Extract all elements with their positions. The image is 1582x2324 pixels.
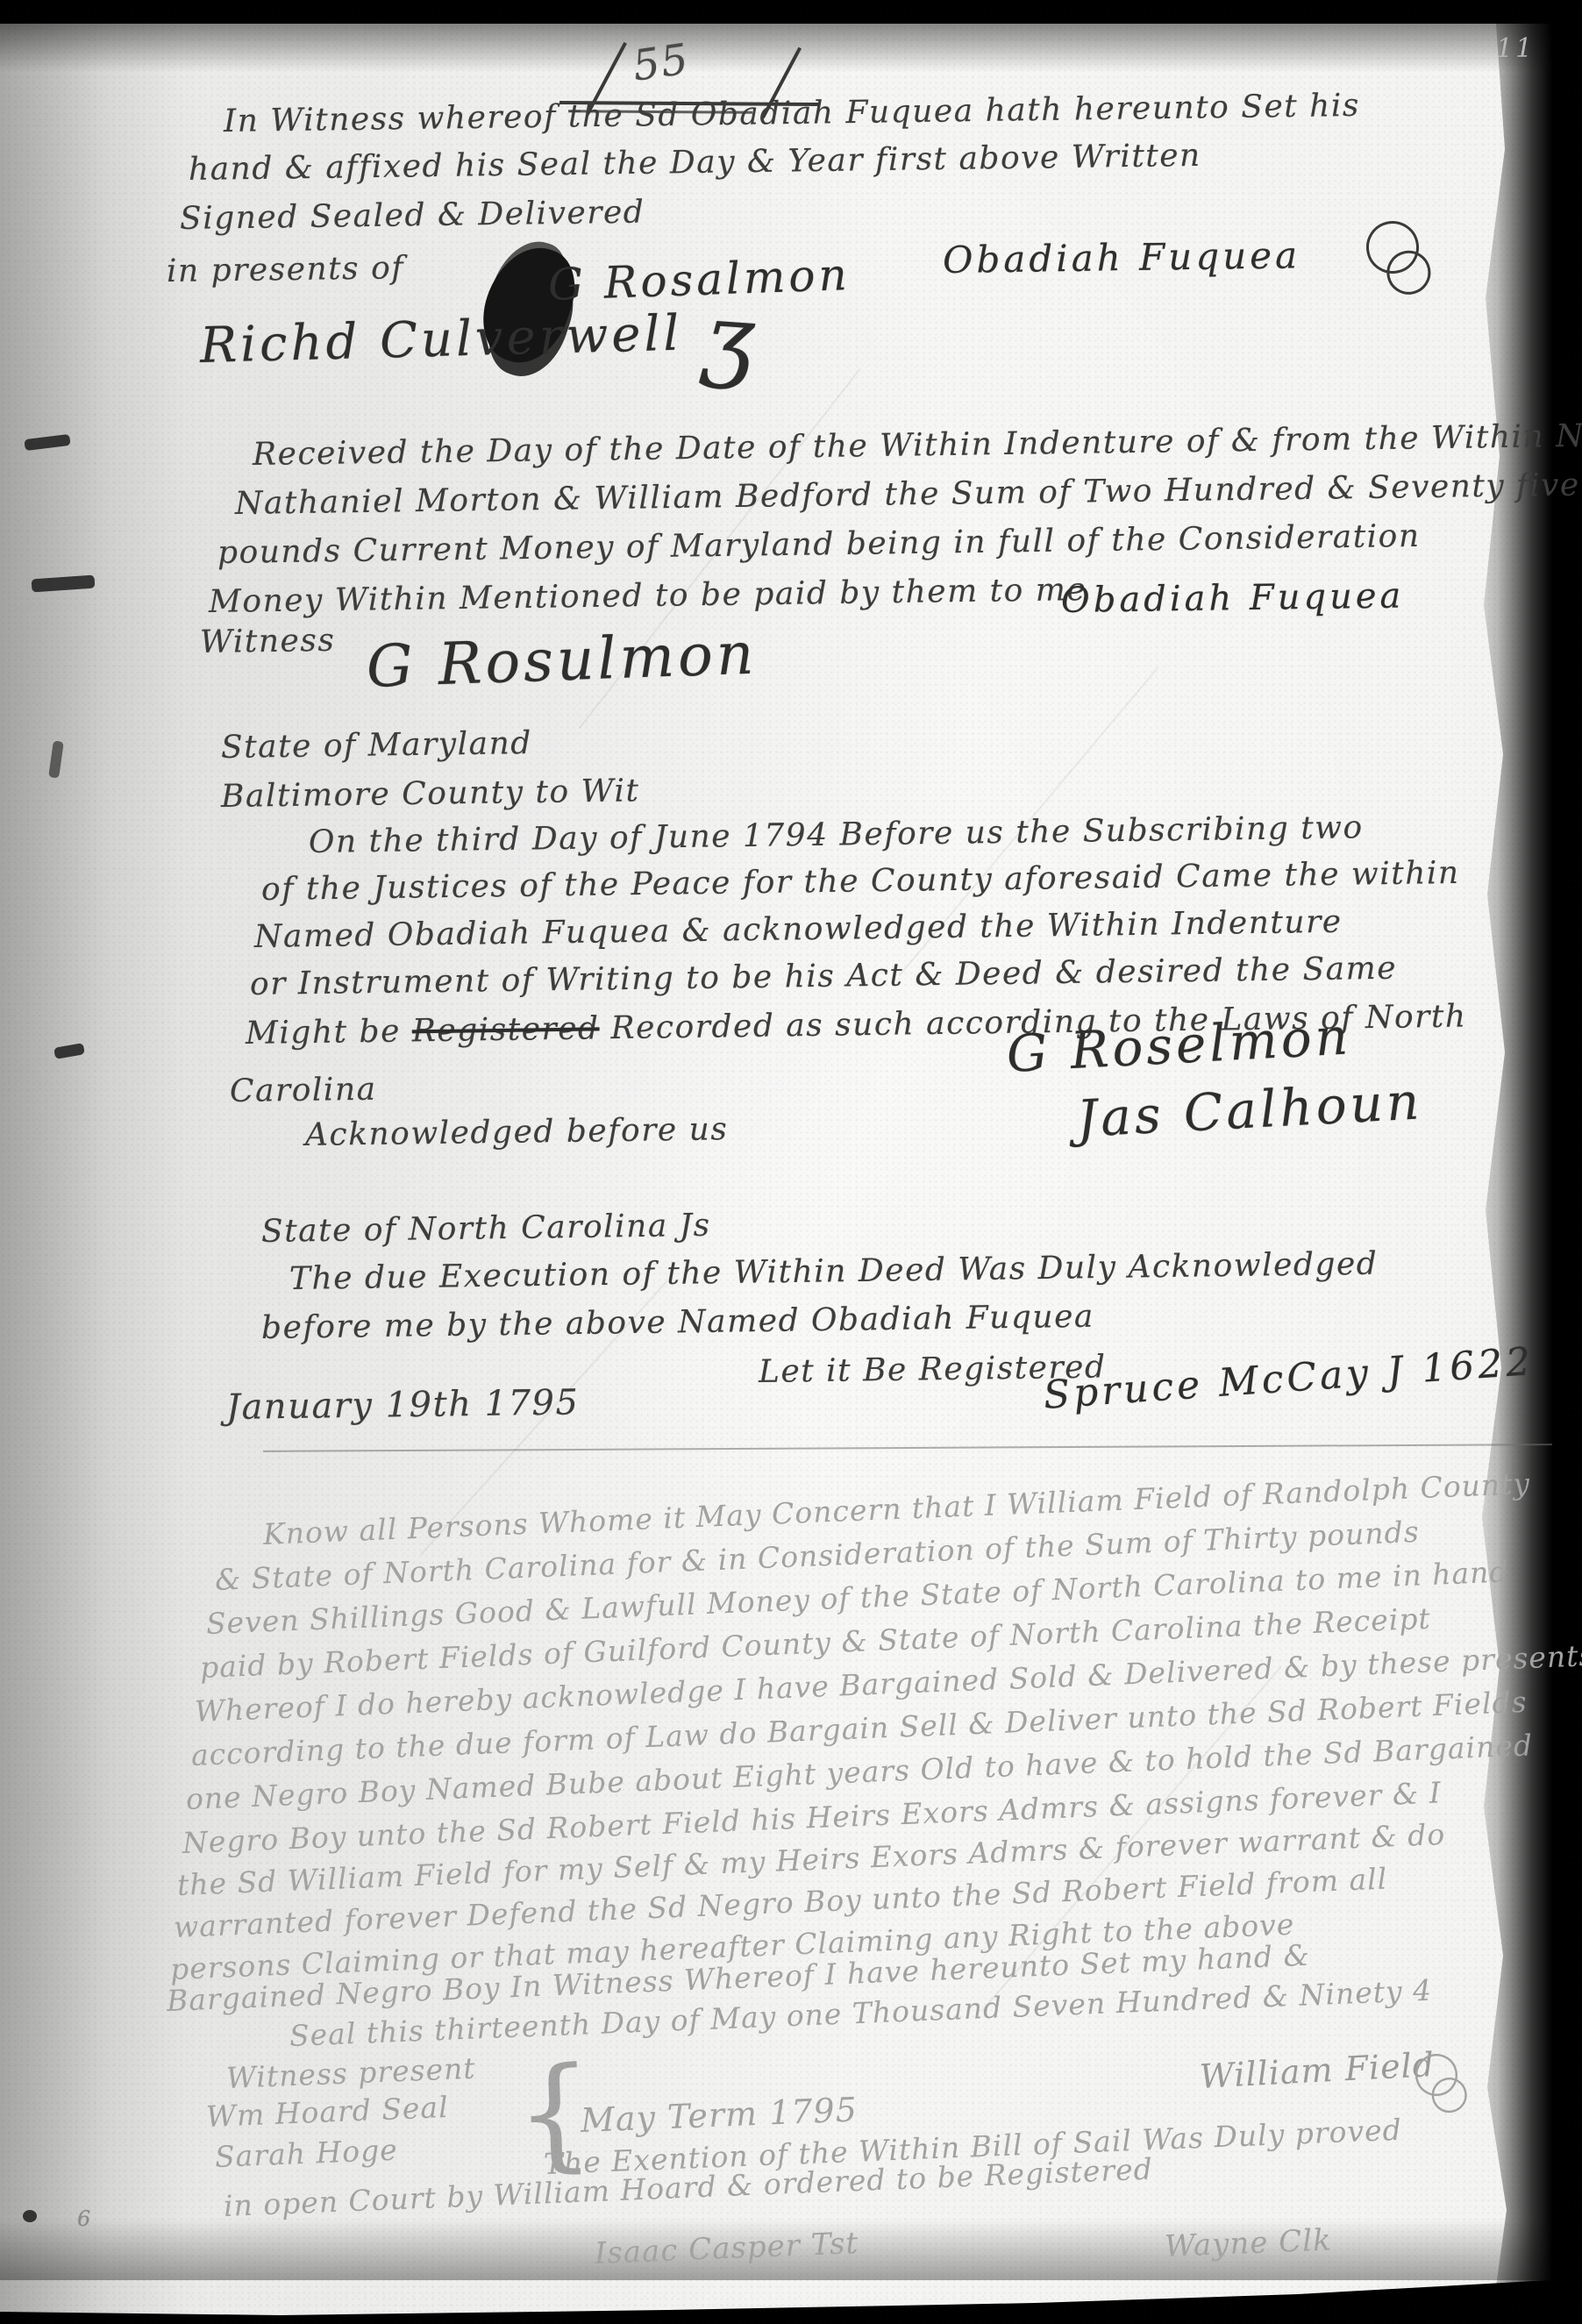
corner-page-number: 11 <box>1496 32 1536 64</box>
struck-pre: Might be <box>246 1013 412 1052</box>
binding-gutter-shadow <box>0 0 193 2324</box>
nc-line: State of North Carolina Js <box>261 1208 711 1250</box>
witness-clause-line: In Witness whereof the Sd Obadiah Fuquea… <box>224 88 1360 139</box>
bill-grantor-signature: William Field <box>1199 2045 1436 2096</box>
maryland-line: or Instrument of Writing to be his Act &… <box>250 951 1398 1002</box>
folio-number: 55 <box>630 34 692 90</box>
clerk-signature: Wayne Clk <box>1164 2222 1332 2264</box>
receipt-line: pounds Current Money of Maryland being i… <box>217 518 1421 571</box>
bill-witness-label: Witness present <box>225 2051 476 2095</box>
judge-signature: Spruce McCay J 1622 <box>1042 1339 1536 1418</box>
maryland-line: On the third Day of June 1794 Before us … <box>309 809 1364 860</box>
maryland-line: of the Justices of the Peace for the Cou… <box>261 855 1460 908</box>
bottom-margin-mark: 6 <box>77 2206 92 2231</box>
witness-signature-large: G Rosulmon <box>366 619 759 700</box>
scanned-document-page: 55 11 In Witness whereof the Sd Obadiah … <box>0 0 1582 2324</box>
seal-flourish-icon <box>1361 216 1423 278</box>
grantor-signature: Obadiah Fuquea <box>943 233 1301 282</box>
receipt-line: Received the Day of the Date of the With… <box>253 417 1582 473</box>
witness-label: Witness <box>200 623 336 660</box>
bill-witness-signature: Wm Hoard Seal <box>205 2090 449 2134</box>
witness-clause-line: Signed Sealed & Delivered <box>180 195 645 237</box>
nc-line: The due Execution of the Within Deed Was… <box>289 1246 1379 1297</box>
justice-signature: Jas Calhoun <box>1075 1071 1424 1149</box>
page-right-deckle-edge <box>1464 0 1582 2324</box>
maryland-line: Carolina <box>230 1072 377 1109</box>
grantor-signature: Obadiah Fuquea <box>1061 576 1405 621</box>
bill-witness-signature: Sarah Hoge <box>214 2133 398 2174</box>
nc-line: before me by the above Named Obadiah Fuq… <box>261 1299 1094 1346</box>
maryland-line: Named Obadiah Fuquea & acknowledged the … <box>254 904 1343 955</box>
signature-flourish-icon: ʒ <box>700 282 762 393</box>
maryland-heading: Baltimore County to Wit <box>221 773 640 815</box>
witness-signature: G Rosalmon <box>547 249 852 310</box>
court-term-line: May Term 1795 <box>580 2090 858 2140</box>
maryland-heading: State of Maryland <box>221 725 532 766</box>
nc-date-line: January 19th 1795 <box>226 1382 580 1428</box>
witness-clause-line: in presents of <box>167 250 405 289</box>
maryland-ack-line: Acknowledged before us <box>305 1111 729 1153</box>
struck-word: Registered <box>412 1010 600 1049</box>
witness-clause-line: hand & affixed his Seal the Day & Year f… <box>189 138 1201 188</box>
receipt-line: Money Within Mentioned to be paid by the… <box>209 572 1087 620</box>
binding-stitch <box>23 2210 37 2222</box>
section-divider-rule <box>263 1444 1552 1452</box>
witness-signature: Richd Culverwell <box>199 305 683 374</box>
receipt-line: Nathaniel Morton & William Bedford the S… <box>235 467 1580 522</box>
scan-top-edge <box>0 0 1582 24</box>
